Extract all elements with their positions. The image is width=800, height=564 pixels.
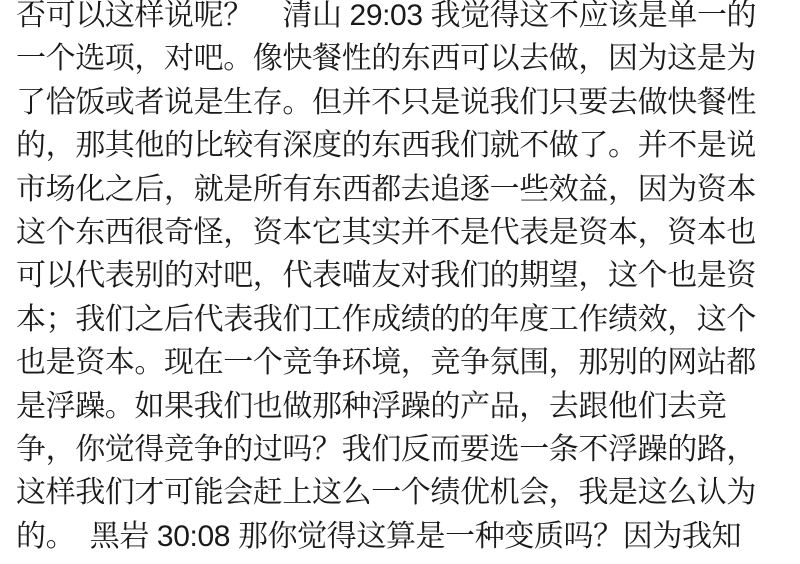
transcript-line: 这样我们才可能会赶上这么一个绩优机会，我是这么认为 xyxy=(16,471,764,514)
transcript-line: 一个选项，对吧。像快餐性的东西可以去做，因为这是为 xyxy=(16,37,764,80)
transcript-line: 这个东西很奇怪，资本它其实并不是代表是资本，资本也 xyxy=(16,211,764,254)
transcript-line: 争，你觉得竞争的过吗？我们反而要选一条不浮躁的路， xyxy=(16,428,764,471)
transcript-text-area[interactable]: 否可以这样说呢？ 清山 29:03 我觉得这不应该是单一的 一个选项，对吧。像快… xyxy=(0,0,800,558)
transcript-line: 是浮躁。如果我们也做那种浮躁的产品，去跟他们去竞 xyxy=(16,385,764,428)
transcript-line: 了恰饭或者说是生存。但并不只是说我们只要去做快餐性 xyxy=(16,81,764,124)
transcript-line: 也是资本。现在一个竞争环境，竞争氛围，那别的网站都 xyxy=(16,341,764,384)
transcript-line: 可以代表别的对吧，代表喵友对我们的期望，这个也是资 xyxy=(16,254,764,297)
transcript-line: 否可以这样说呢？ 清山 29:03 我觉得这不应该是单一的 xyxy=(16,0,764,37)
transcript-line: 的。 黑岩 30:08 那你觉得这算是一种变质吗？因为我知 xyxy=(16,515,764,558)
transcript-line: 本；我们之后代表我们工作成绩的的年度工作绩效，这个 xyxy=(16,298,764,341)
transcript-line: 的，那其他的比较有深度的东西我们就不做了。并不是说 xyxy=(16,124,764,167)
transcript-line: 市场化之后，就是所有东西都去追逐一些效益，因为资本 xyxy=(16,168,764,211)
